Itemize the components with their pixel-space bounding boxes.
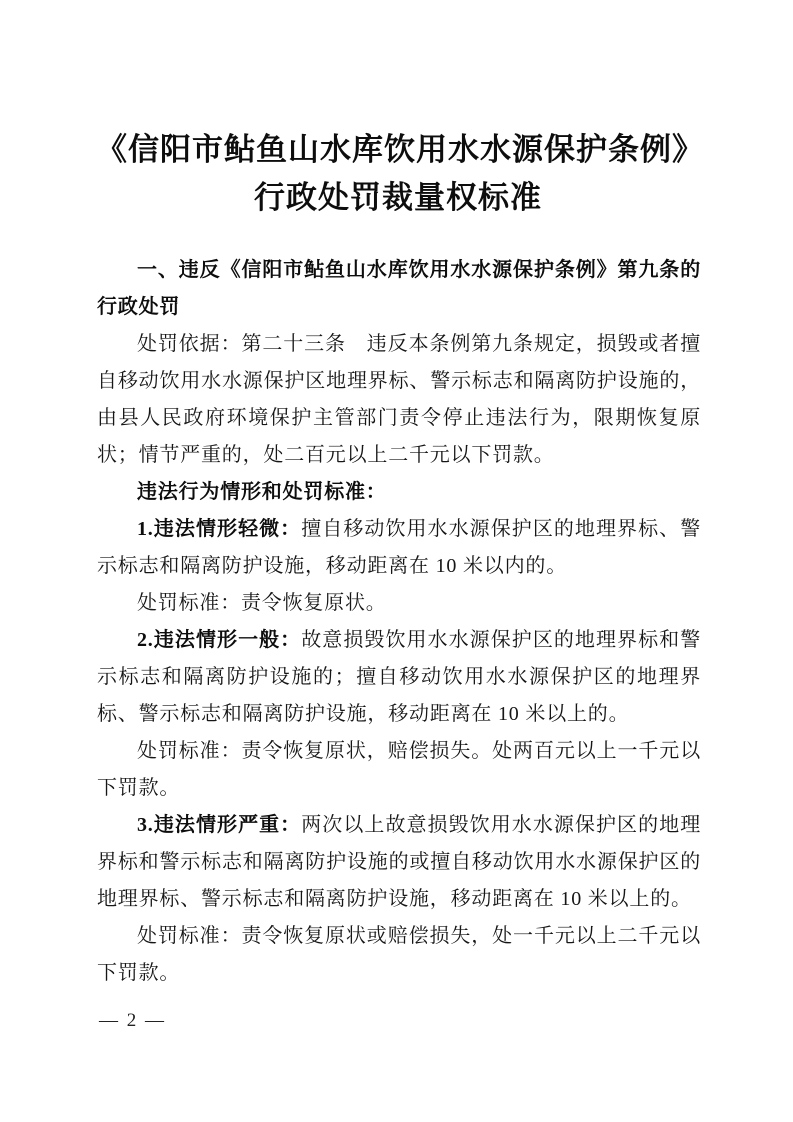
title-line-1: 《信阳市鲇鱼山水库饮用水水源保护条例》 [96, 126, 700, 174]
document-body: 一、违反《信阳市鲇鱼山水库饮用水水源保护条例》第九条的行政处罚 处罚依据：第二十… [97, 252, 701, 992]
paragraph-text: 处罚标准：责令恢复原状，赔偿损失。处两百元以上一千元以下罚款。 [97, 740, 701, 799]
paragraph-lead: 3.违法情形严重： [137, 814, 301, 836]
paragraph-text: 处罚标准：责令恢复原状。 [137, 592, 387, 614]
paragraph-penalty-severe: 处罚标准：责令恢复原状或赔偿损失，处一千元以上二千元以下罚款。 [97, 918, 701, 992]
section-heading: 一、违反《信阳市鲇鱼山水库饮用水水源保护条例》第九条的行政处罚 [97, 252, 701, 326]
document-page: 《信阳市鲇鱼山水库饮用水水源保护条例》 行政处罚裁量权标准 一、违反《信阳市鲇鱼… [0, 0, 793, 1122]
paragraph-text: 处罚依据：第二十三条 违反本条例第九条规定，损毁或者擅自移动饮用水水源保护区地理… [97, 333, 701, 466]
paragraph-case-minor: 1.违法情形轻微：擅自移动饮用水水源保护区的地理界标、警示标志和隔离防护设施，移… [97, 511, 701, 585]
section-heading-text: 一、违反《信阳市鲇鱼山水库饮用水水源保护条例》第九条的行政处罚 [97, 259, 701, 318]
paragraph-penalty-basis: 处罚依据：第二十三条 违反本条例第九条规定，损毁或者擅自移动饮用水水源保护区地理… [97, 326, 701, 474]
subheading-text: 违法行为情形和处罚标准： [137, 481, 387, 503]
paragraph-lead: 2.违法情形一般： [137, 629, 301, 651]
page-number: — 2 — [99, 1010, 166, 1031]
title-line-2: 行政处罚裁量权标准 [96, 174, 700, 222]
paragraph-case-general: 2.违法情形一般：故意损毁饮用水水源保护区的地理界标和警示标志和隔离防护设施的；… [97, 622, 701, 733]
paragraph-text: 处罚标准：责令恢复原状或赔偿损失，处一千元以上二千元以下罚款。 [97, 925, 701, 984]
subheading-violation-standards: 违法行为情形和处罚标准： [97, 474, 701, 511]
page-footer: — 2 — [99, 1006, 166, 1036]
paragraph-penalty-general: 处罚标准：责令恢复原状，赔偿损失。处两百元以上一千元以下罚款。 [97, 733, 701, 807]
paragraph-case-severe: 3.违法情形严重：两次以上故意损毁饮用水水源保护区的地理界标和警示标志和隔离防护… [97, 807, 701, 918]
document-title: 《信阳市鲇鱼山水库饮用水水源保护条例》 行政处罚裁量权标准 [96, 126, 700, 222]
paragraph-lead: 1.违法情形轻微： [137, 518, 301, 540]
paragraph-penalty-minor: 处罚标准：责令恢复原状。 [97, 585, 701, 622]
